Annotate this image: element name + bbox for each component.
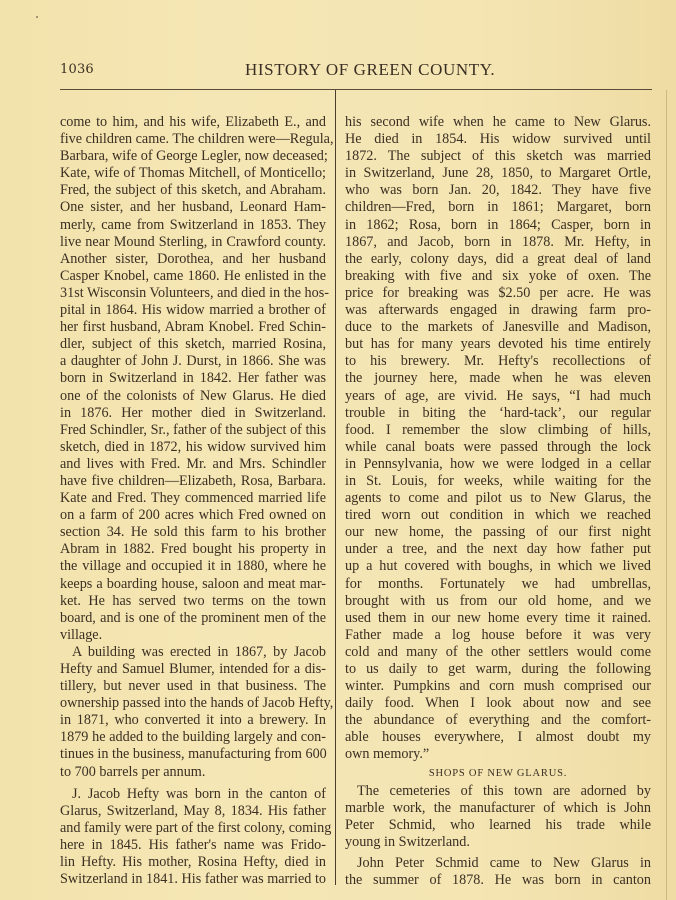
- text-line: pital in 1864. His widow married a broth…: [60, 302, 326, 319]
- text-line: Fred Schindler, Sr., father of the subje…: [60, 422, 326, 439]
- text-line: his second wife when he came to New Glar…: [345, 114, 651, 131]
- text-line: for months. Fortunately we had umbrellas…: [345, 576, 651, 593]
- text-line: own memory.”: [345, 746, 651, 763]
- text-line: marble work, the manufacturer of which i…: [345, 800, 651, 817]
- text-line: under a tree, and the next day how fathe…: [345, 541, 651, 558]
- text-line: Fred, the subject of this sketch, and Ab…: [60, 182, 326, 199]
- text-line: duce to the markets of Janesville and Ma…: [345, 319, 651, 336]
- text-line: Glarus, Switzerland, May 8, 1834. His fa…: [60, 803, 326, 820]
- text-line: trouble in biting the ‘hard-tack’, our r…: [345, 405, 651, 422]
- text-line: who was born Jan. 20, 1842. They have fi…: [345, 182, 651, 199]
- text-line: on a farm of 200 acres which Fred owned …: [60, 507, 326, 524]
- text-line: J. Jacob Hefty was born in the canton of: [60, 786, 326, 803]
- text-line: the summer of 1878. He was born in canto…: [345, 872, 651, 889]
- text-line: born in Switzerland in 1842. Her father …: [60, 370, 326, 387]
- text-line: 31st Wisconsin Volunteers, and died in t…: [60, 285, 326, 302]
- text-line: Barbara, wife of George Legler, now dece…: [60, 148, 326, 165]
- text-line: cold and many of the other settlers woul…: [345, 644, 651, 661]
- section-heading: SHOPS OF NEW GLARUS.: [345, 764, 651, 783]
- text-line: in 1871, who converted it into a brewery…: [60, 712, 326, 729]
- text-line: 1867, and Jacob, born in 1878. Mr. Hefty…: [345, 234, 651, 251]
- text-line: able houses everywhere, I almost doubt m…: [345, 729, 651, 746]
- text-line: in 1876. Her mother died in Switzerland.: [60, 405, 326, 422]
- text-line: live near Mound Sterling, in Crawford co…: [60, 234, 326, 251]
- text-line: and family were part of the first colony…: [60, 820, 326, 837]
- text-line: ket. He has served two terms on the town: [60, 593, 326, 610]
- text-line: used them in our new home every time it …: [345, 610, 651, 627]
- text-line: board, and is one of the prominent men o…: [60, 610, 326, 627]
- text-line: but has for many years devoted his time …: [345, 336, 651, 353]
- text-line: the village and occupied it in 1880, whe…: [60, 558, 326, 575]
- text-line: section 34. He sold this farm to his bro…: [60, 524, 326, 541]
- text-line: merly, came from Switzerland in 1853. Th…: [60, 217, 326, 234]
- text-line: Peter Schmid, who learned his trade whil…: [345, 817, 651, 834]
- text-line: to his brewery. Mr. Hefty's recollection…: [345, 353, 651, 370]
- text-line: years of age, are vivid. He says, “I had…: [345, 388, 651, 405]
- text-line: the abundance of everything and the comf…: [345, 712, 651, 729]
- text-line: the early, colony days, did a great deal…: [345, 251, 651, 268]
- text-line: price for breaking was $2.50 per acre. H…: [345, 285, 651, 302]
- text-line: Kate and Fred. They commenced married li…: [60, 490, 326, 507]
- text-line: while canal boats were passed through th…: [345, 439, 651, 456]
- header-rule: [60, 89, 652, 90]
- text-line: 1872. The subject of this sketch was mar…: [345, 148, 651, 165]
- text-line: and lives with Fred. Mr. and Mrs. Schind…: [60, 456, 326, 473]
- text-line: to 700 barrels per annum.: [60, 764, 326, 781]
- text-line: One sister, and her husband, Leonard Ham…: [60, 199, 326, 216]
- text-line: dler, subject of this sketch, married Ro…: [60, 336, 326, 353]
- text-line: lin Hefty. His mother, Rosina Hefty, die…: [60, 854, 326, 871]
- text-line: food. I remember the slow climbing of hi…: [345, 422, 651, 439]
- text-line: her first husband, Abram Knobel. Fred Sc…: [60, 319, 326, 336]
- text-line: here in 1845. His father's name was Frid…: [60, 837, 326, 854]
- text-line: Another sister, Dorothea, and her husban…: [60, 251, 326, 268]
- text-line: daily food. When I look about now and se…: [345, 695, 651, 712]
- text-line: our new home, the passing of our first n…: [345, 524, 651, 541]
- text-line: agents to come and pilot us to New Glaru…: [345, 490, 651, 507]
- text-line: tillery, but never used in that business…: [60, 678, 326, 695]
- text-line: He died in 1854. His widow survived unti…: [345, 131, 651, 148]
- text-line: Switzerland in 1841. His father was marr…: [60, 871, 326, 888]
- text-line: have five children—Elizabeth, Rosa, Barb…: [60, 473, 326, 490]
- text-line: in Pennsylvania, how we were lodged in a…: [345, 456, 651, 473]
- text-line: Father made a log house before it was ve…: [345, 627, 651, 644]
- text-line: ownership passed into the hands of Jacob…: [60, 695, 326, 712]
- text-line: The cemeteries of this town are adorned …: [345, 783, 651, 800]
- running-title: HISTORY OF GREEN COUNTY.: [245, 60, 495, 80]
- scan-speck: [36, 16, 38, 18]
- text-line: in 1862; Rosa, born in 1864; Casper, bor…: [345, 217, 651, 234]
- text-line: Hefty and Samuel Blumer, intended for a …: [60, 661, 326, 678]
- text-line: brought with us from our old home, and w…: [345, 593, 651, 610]
- text-line: keeps a boarding house, saloon and meat …: [60, 576, 326, 593]
- text-line: a daughter of John J. Durst, in 1866. Sh…: [60, 353, 326, 370]
- book-page: 1036 HISTORY OF GREEN COUNTY. come to hi…: [0, 0, 676, 900]
- text-line: young in Switzerland.: [345, 834, 651, 851]
- right-column: his second wife when he came to New Glar…: [345, 114, 651, 889]
- text-line: to us daily to get warm, during the foll…: [345, 661, 651, 678]
- page-number: 1036: [60, 62, 94, 77]
- text-line: A building was erected in 1867, by Jacob: [60, 644, 326, 661]
- text-line: breaking with five and six yoke of oxen.…: [345, 268, 651, 285]
- text-line: tinues in the business, manufacturing fr…: [60, 746, 326, 763]
- text-line: 1879 he added to the building largely an…: [60, 729, 326, 746]
- text-line: up a hut covered with boughs, in which w…: [345, 558, 651, 575]
- text-line: village.: [60, 627, 326, 644]
- text-line: the journey here, made when he was eleve…: [345, 370, 651, 387]
- text-line: five children came. The children were—Re…: [60, 131, 326, 148]
- text-line: in St. Louis, for weeks, while waiting f…: [345, 473, 651, 490]
- text-line: was afterwards engaged in drawing farm p…: [345, 302, 651, 319]
- column-divider: [335, 90, 336, 885]
- text-line: Casper Knobel, came 1860. He enlisted in…: [60, 268, 326, 285]
- page-edge: [666, 90, 667, 900]
- text-line: sketch, died in 1872, his widow survived…: [60, 439, 326, 456]
- text-line: tired worn out condition in which we rea…: [345, 507, 651, 524]
- text-line: Kate, wife of Thomas Mitchell, of Montic…: [60, 165, 326, 182]
- page-header: 1036 HISTORY OF GREEN COUNTY.: [60, 62, 660, 84]
- text-line: winter. Pumpkins and corn mush comprised…: [345, 678, 651, 695]
- text-line: in Switzerland, June 28, 1850, to Margar…: [345, 165, 651, 182]
- text-line: children—Fred, born in 1861; Margaret, b…: [345, 199, 651, 216]
- left-column: come to him, and his wife, Elizabeth E.,…: [60, 114, 326, 888]
- text-line: John Peter Schmid came to New Glarus in: [345, 855, 651, 872]
- text-line: come to him, and his wife, Elizabeth E.,…: [60, 114, 326, 131]
- text-line: Abram in 1882. Fred bought his property …: [60, 541, 326, 558]
- text-line: one of the colonists of New Glarus. He d…: [60, 388, 326, 405]
